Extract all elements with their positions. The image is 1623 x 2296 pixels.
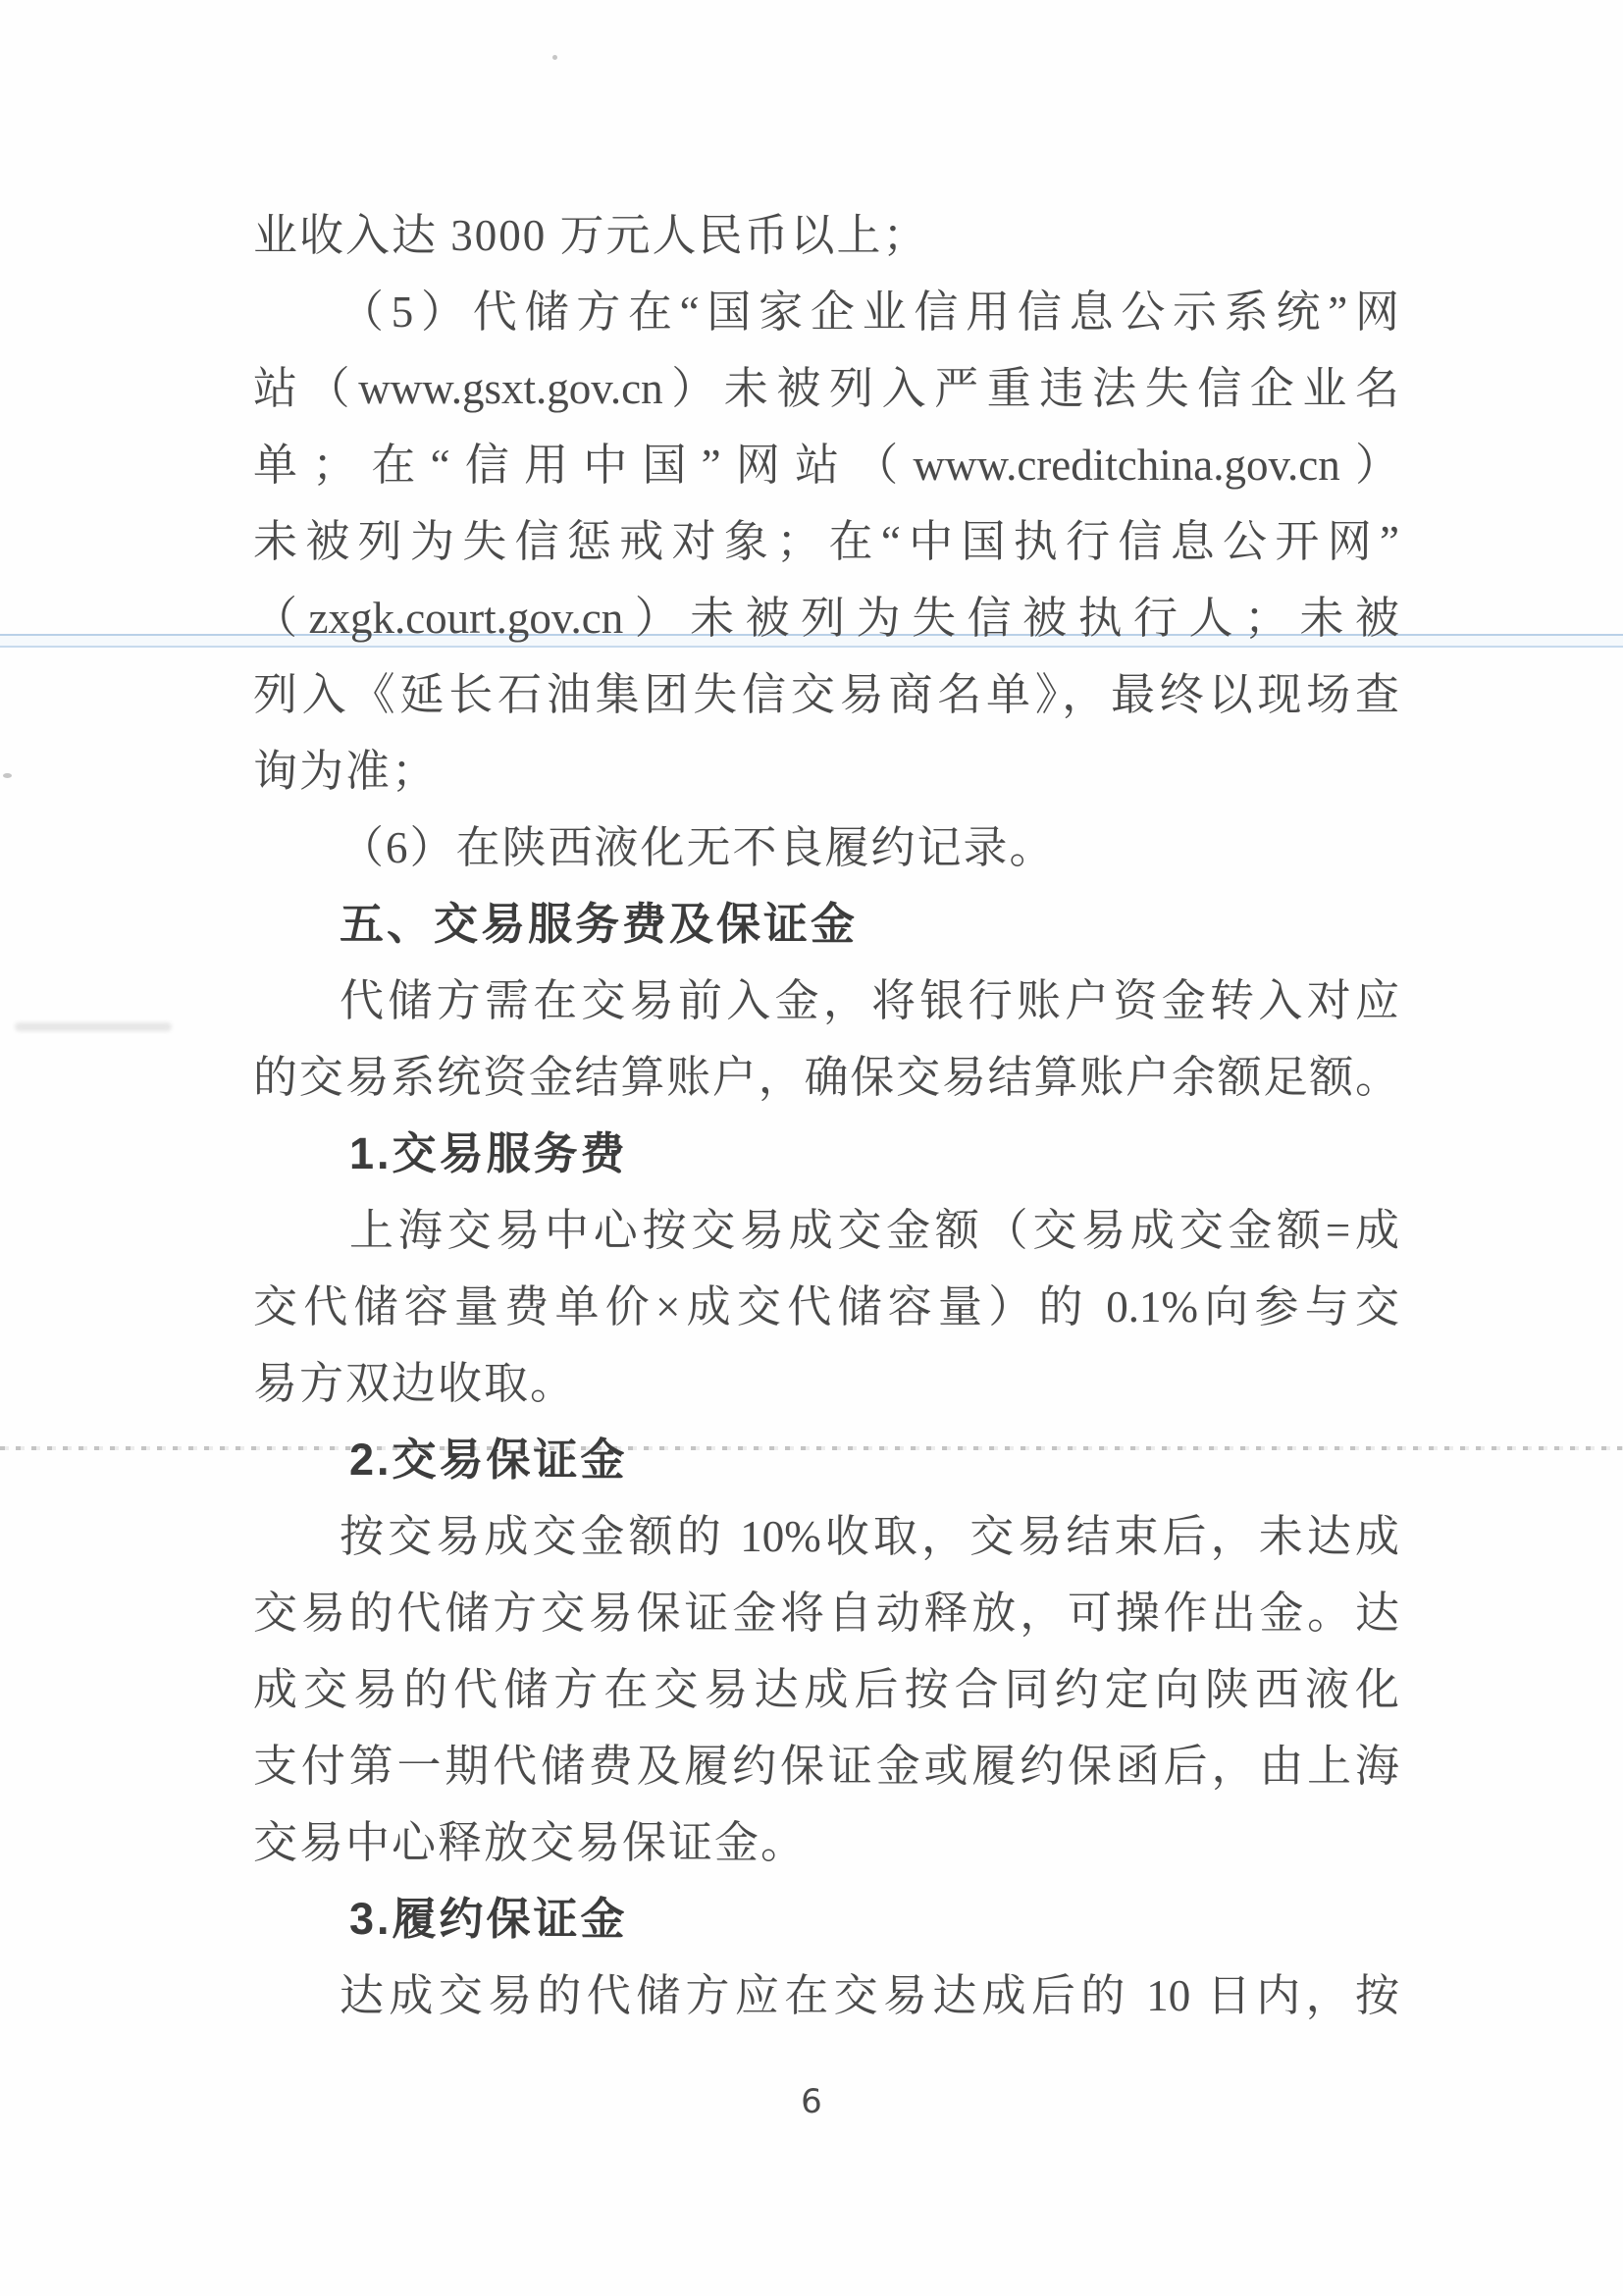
text-line: 未被列为失信惩戒对象；在“中国执行信息公开网” [253,503,1399,580]
section-heading: 1.交易服务费 [253,1116,1399,1192]
scan-artifact-smudge [15,1022,172,1031]
document-body: 业收入达 3000 万元人民币以上； （5）代储方在“国家企业信用信息公示系统”… [253,197,1399,2034]
text-line: 成交易的代储方在交易达成后按合同约定向陕西液化 [253,1651,1399,1728]
text-line: 列入《延长石油集团失信交易商名单》，最终以现场查 [253,656,1399,733]
text-line: 代储方需在交易前入金，将银行账户资金转入对应 [253,963,1399,1039]
text-line: 交代储容量费单价×成交代储容量）的 0.1%向参与交 [253,1269,1399,1345]
document-page: 业收入达 3000 万元人民币以上； （5）代储方在“国家企业信用信息公示系统”… [0,0,1623,2296]
text-line: 单；在“信用中国”网站（www.creditchina.gov.cn） [253,427,1399,503]
text-line: 达成交易的代储方应在交易达成后的 10 日内，按 [253,1957,1399,2034]
text-line: 支付第一期代储费及履约保证金或履约保函后，由上海 [253,1728,1399,1804]
text-line: 上海交易中心按交易成交金额（交易成交金额=成 [253,1192,1399,1269]
section-heading: 五、交易服务费及保证金 [253,886,1399,963]
text-line: 站（www.gsxt.gov.cn）未被列入严重违法失信企业名 [253,350,1399,427]
text-line: 询为准； [253,733,1399,809]
text-line: 业收入达 3000 万元人民币以上； [253,197,1399,274]
text-line: 交易中心释放交易保证金。 [253,1804,1399,1881]
scan-artifact-speck [3,773,12,778]
text-line: （5）代储方在“国家企业信用信息公示系统”网 [253,274,1399,350]
scan-artifact-speck [552,55,557,60]
text-line: 易方双边收取。 [253,1345,1399,1422]
text-line: 按交易成交金额的 10%收取，交易结束后，未达成 [253,1498,1399,1575]
page-number: 6 [0,2080,1623,2123]
text-line: 交易的代储方交易保证金将自动释放，可操作出金。达 [253,1575,1399,1651]
section-heading: 2.交易保证金 [253,1422,1399,1498]
text-line: （6）在陕西液化无不良履约记录。 [253,809,1399,886]
text-line: （zxgk.court.gov.cn）未被列为失信被执行人；未被 [253,580,1399,656]
section-heading: 3.履约保证金 [253,1881,1399,1957]
text-line: 的交易系统资金结算账户，确保交易结算账户余额足额。 [253,1039,1399,1116]
